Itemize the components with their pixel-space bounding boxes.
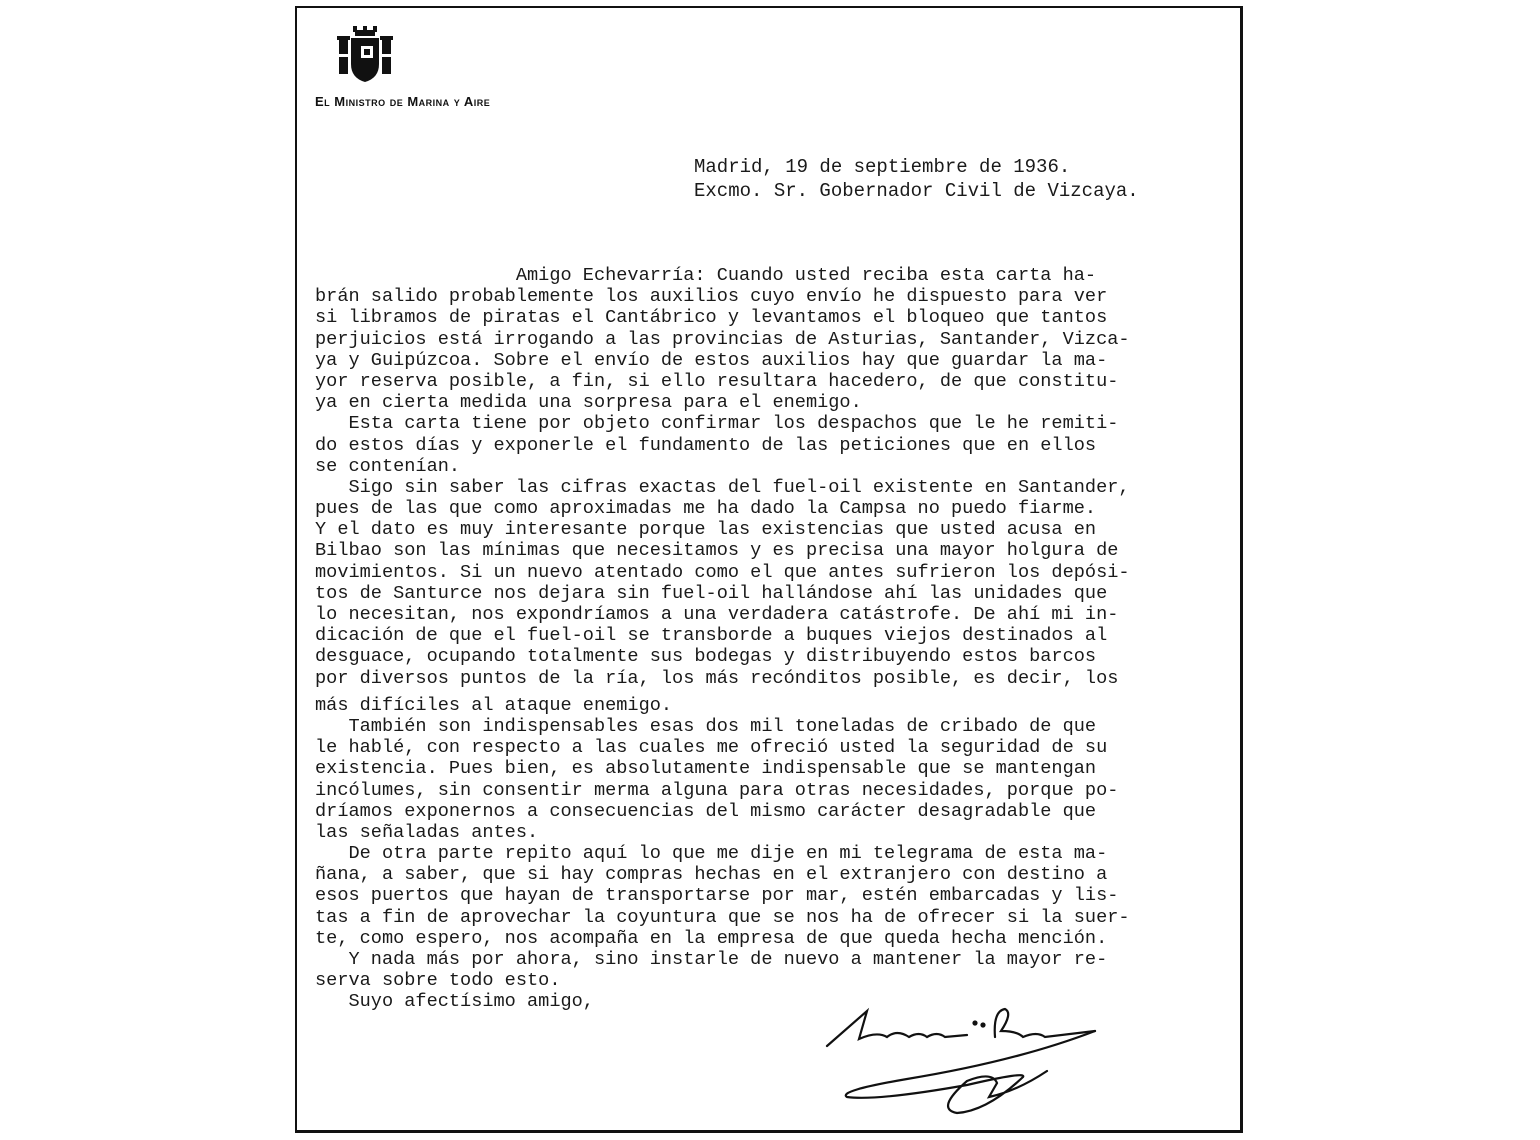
letter-line: También son indispensables esas dos mil …	[315, 716, 1230, 737]
letter-line: Amigo Echevarría: Cuando usted reciba es…	[315, 265, 1230, 286]
date-line: Madrid, 19 de septiembre de 1936.	[694, 155, 1139, 179]
letter-line: do estos días y exponerle el fundamento …	[315, 435, 1230, 456]
letter-line: se contenían.	[315, 456, 1230, 477]
letter-line: le hablé, con respecto a las cuales me o…	[315, 737, 1230, 758]
letter-line: De otra parte repito aquí lo que me dije…	[315, 843, 1230, 864]
letter-line: Sigo sin saber las cifras exactas del fu…	[315, 477, 1230, 498]
letter-line: Esta carta tiene por objeto confirmar lo…	[315, 413, 1230, 434]
letter-line: brán salido probablemente los auxilios c…	[315, 286, 1230, 307]
letter-line: Y nada más por ahora, sino instarle de n…	[315, 949, 1230, 970]
letter-line: desguace, ocupando totalmente sus bodega…	[315, 646, 1230, 667]
letter-line: por diversos puntos de la ría, los más r…	[315, 668, 1230, 689]
letter-line: existencia. Pues bien, es absolutamente …	[315, 758, 1230, 779]
letter-line: lo necesitan, nos expondríamos a una ver…	[315, 604, 1230, 625]
letter-line: tos de Santurce nos dejara sin fuel-oil …	[315, 583, 1230, 604]
letter-line: tas a fin de aprovechar la coyuntura que…	[315, 907, 1230, 928]
letter-body: Amigo Echevarría: Cuando usted reciba es…	[315, 265, 1230, 1013]
signature-image	[817, 1001, 1107, 1123]
letter-page: El Ministro de Marina y Aire Madrid, 19 …	[295, 6, 1243, 1133]
letter-line: te, como espero, nos acompaña en la empr…	[315, 928, 1230, 949]
letterhead-title: El Ministro de Marina y Aire	[315, 94, 490, 109]
date-block: Madrid, 19 de septiembre de 1936. Excmo.…	[694, 155, 1139, 203]
letter-line: incólumes, sin consentir merma alguna pa…	[315, 780, 1230, 801]
letter-line: si libramos de piratas el Cantábrico y l…	[315, 307, 1230, 328]
letter-line: movimientos. Si un nuevo atentado como e…	[315, 562, 1230, 583]
letter-line: Y el dato es muy interesante porque las …	[315, 519, 1230, 540]
letter-line: serva sobre todo esto.	[315, 970, 1230, 991]
letter-line: dicación de que el fuel-oil se transbord…	[315, 625, 1230, 646]
coat-of-arms-icon	[335, 26, 395, 84]
letter-line: las señaladas antes.	[315, 822, 1230, 843]
letter-line: dríamos exponernos a consecuencias del m…	[315, 801, 1230, 822]
letter-line: ya y Guipúzcoa. Sobre el envío de estos …	[315, 350, 1230, 371]
letter-line: yor reserva posible, a fin, si ello resu…	[315, 371, 1230, 392]
letter-line: perjuicios está irrogando a las provinci…	[315, 329, 1230, 350]
recipient-line: Excmo. Sr. Gobernador Civil de Vizcaya.	[694, 179, 1139, 203]
letter-line: ya en cierta medida una sorpresa para el…	[315, 392, 1230, 413]
letter-line: más difíciles al ataque enemigo.	[315, 695, 1230, 716]
letter-line: Bilbao son las mínimas que necesitamos y…	[315, 540, 1230, 561]
letter-line: esos puertos que hayan de transportarse …	[315, 885, 1230, 906]
letter-line: pues de las que como aproximadas me ha d…	[315, 498, 1230, 519]
letter-line: ñana, a saber, que si hay compras hechas…	[315, 864, 1230, 885]
